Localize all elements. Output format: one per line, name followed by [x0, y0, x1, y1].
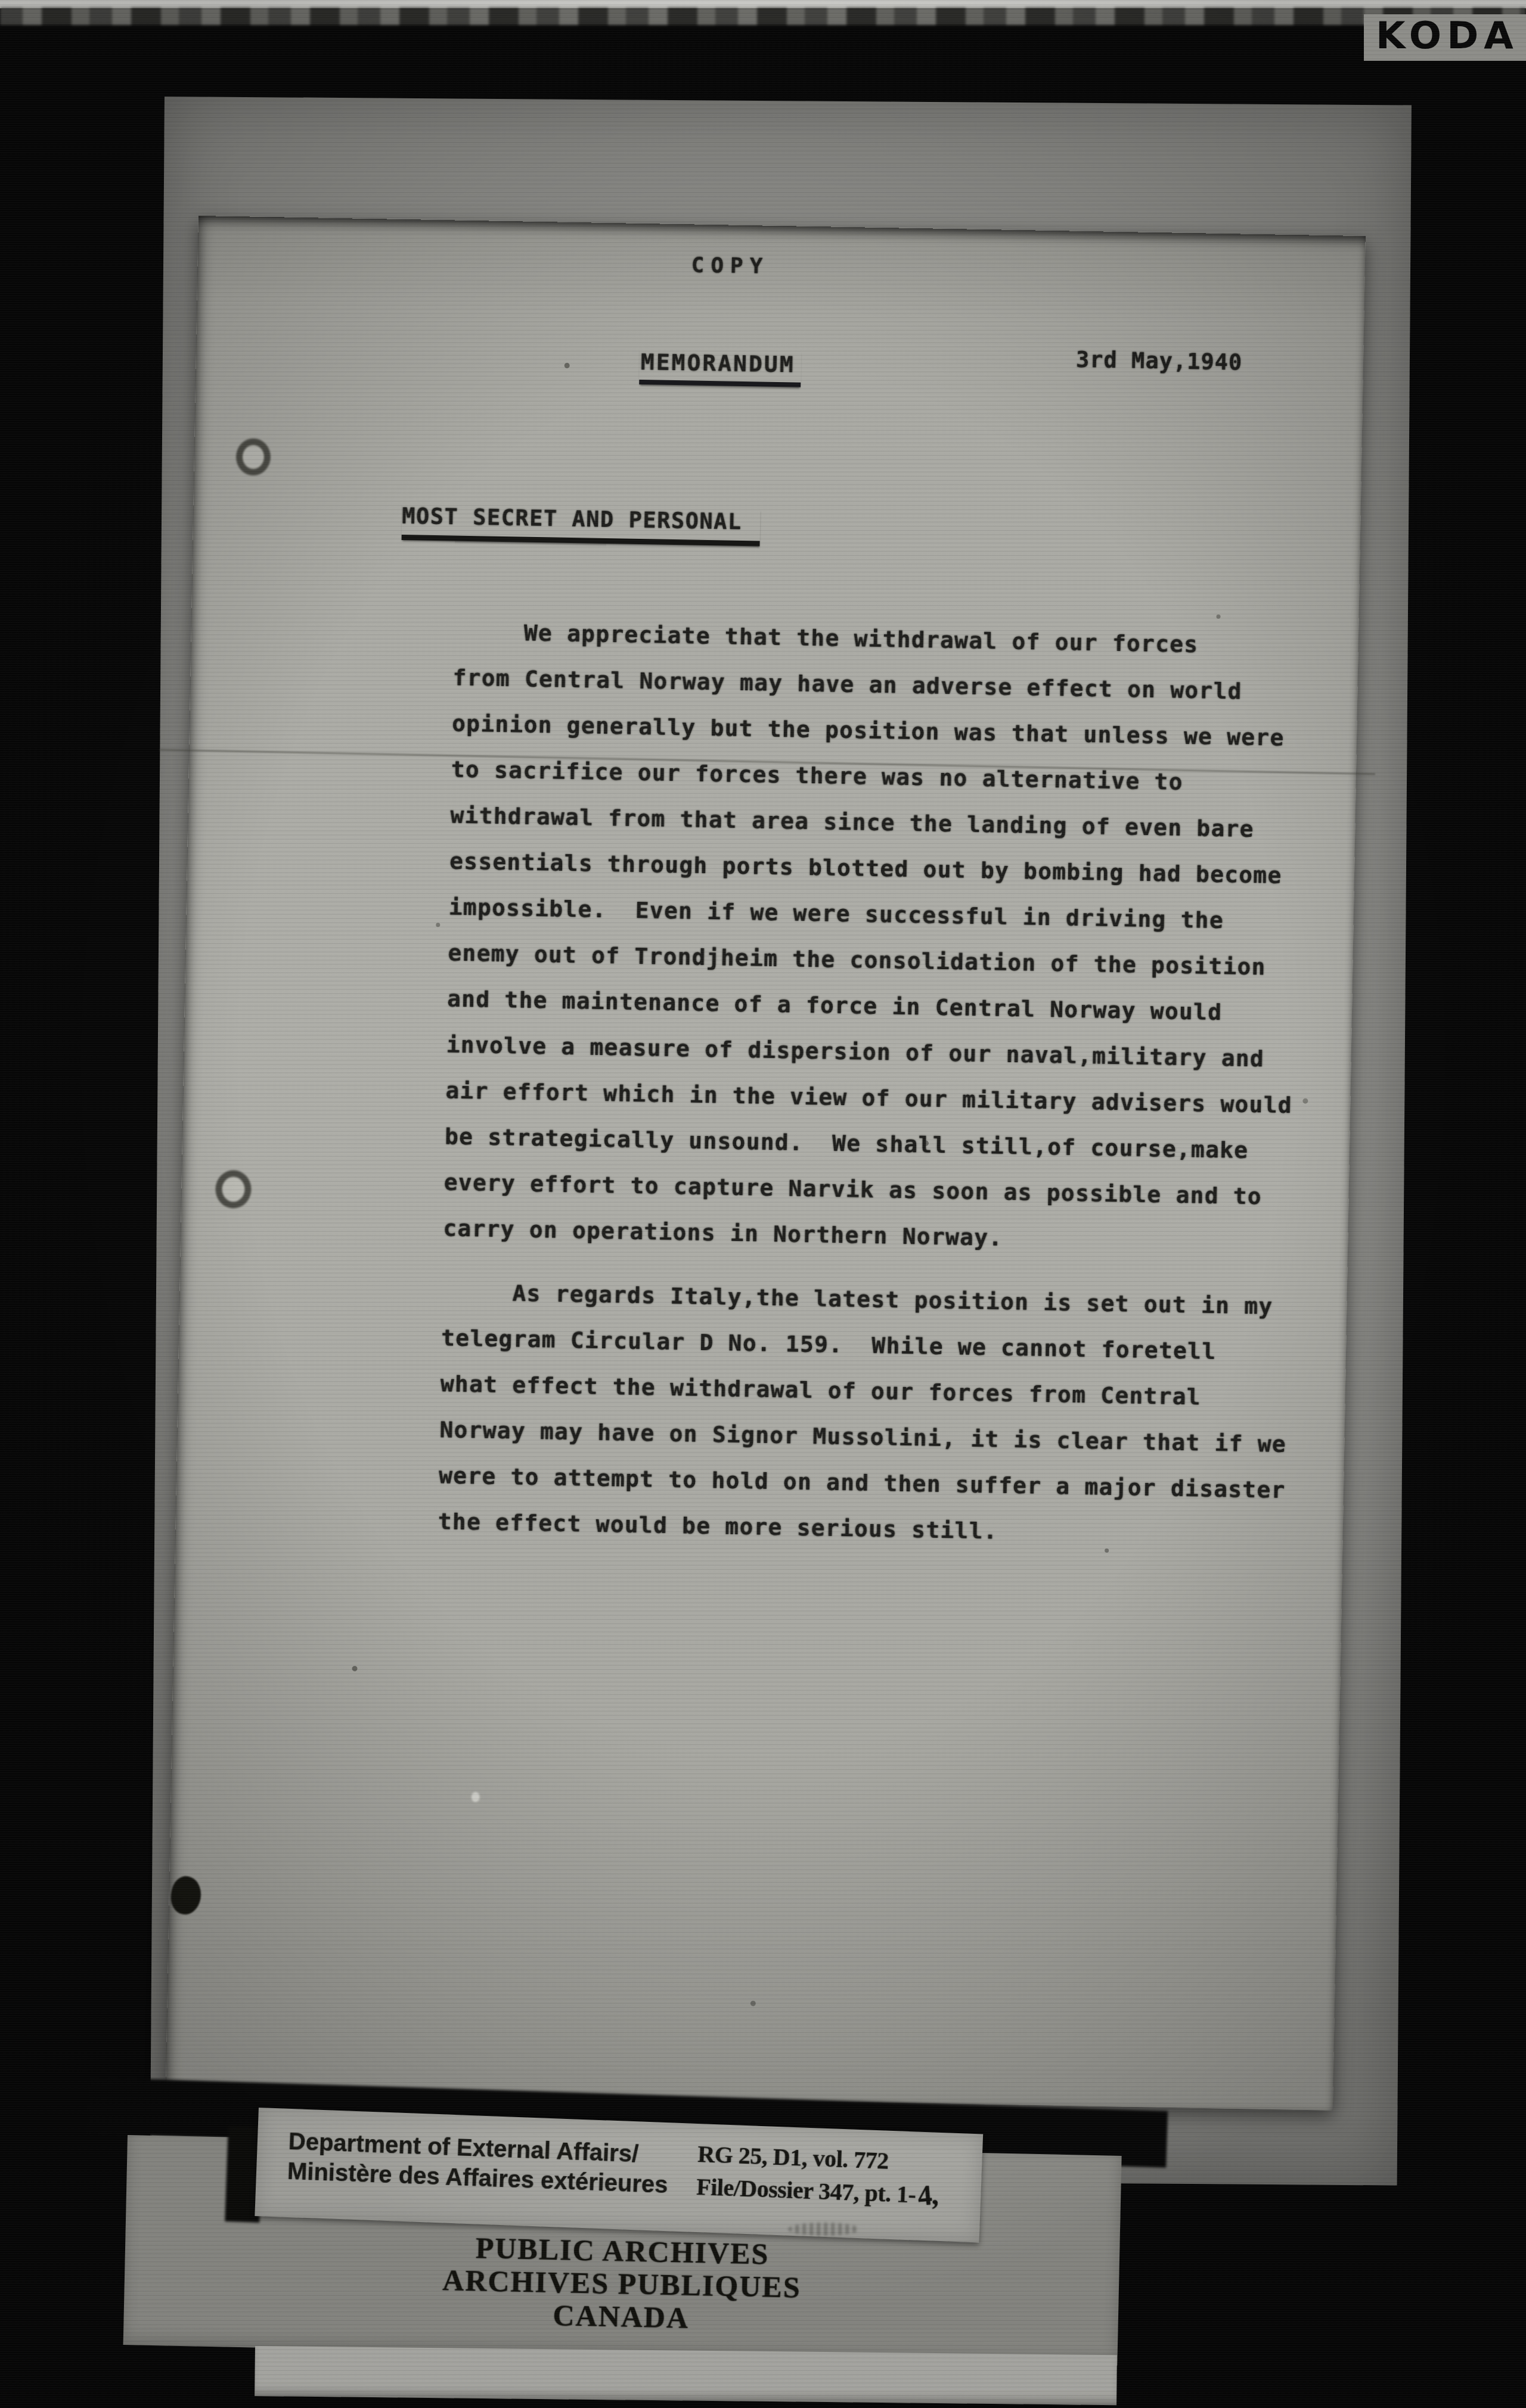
film-frame-edge-texture	[0, 7, 1526, 25]
archives-stamp-text: PUBLIC ARCHIVES ARCHIVES PUBLIQUES CANAD…	[123, 2224, 1119, 2344]
memo-title: MEMORANDUM	[639, 349, 801, 387]
department-name-block: Department of External Affairs/ Ministèr…	[256, 2108, 670, 2200]
kodak-edge-text: KODA	[1364, 15, 1526, 57]
faint-stamp-smudge	[788, 2223, 860, 2236]
archival-reference-block: RG 25, D1, vol. 772 File/Dossier 347, pt…	[668, 2122, 939, 2211]
handwritten-part-number: 4,	[917, 2179, 938, 2212]
classification-label: MOST SECRET AND PERSONAL	[402, 503, 761, 546]
memo-date: 3rd May,1940	[1076, 347, 1243, 376]
punch-hole-ring-bottom	[215, 1170, 252, 1209]
blank-card-strip	[255, 2346, 1117, 2405]
microfilm-frame: KODA COPY 3rd May,1940 MEMORANDUM MOST S…	[0, 0, 1526, 2408]
copy-label: COPY	[691, 253, 769, 278]
memo-paragraph-1: We appreciate that the withdrawal of our…	[443, 609, 1360, 1267]
memo-paragraph-2: As regards Italy,the latest position is …	[438, 1269, 1348, 1560]
bright-speck	[472, 1792, 480, 1802]
file-dossier-text: File/Dossier 347, pt. 1-	[696, 2173, 917, 2208]
punch-hole-ring-top	[235, 438, 271, 476]
memo-body: We appreciate that the withdrawal of our…	[438, 609, 1360, 1560]
film-edge-print-strip: KODA	[1364, 14, 1526, 61]
memo-page: COPY 3rd May,1940 MEMORANDUM MOST SECRET…	[166, 216, 1366, 2111]
paper-specks	[198, 216, 201, 219]
